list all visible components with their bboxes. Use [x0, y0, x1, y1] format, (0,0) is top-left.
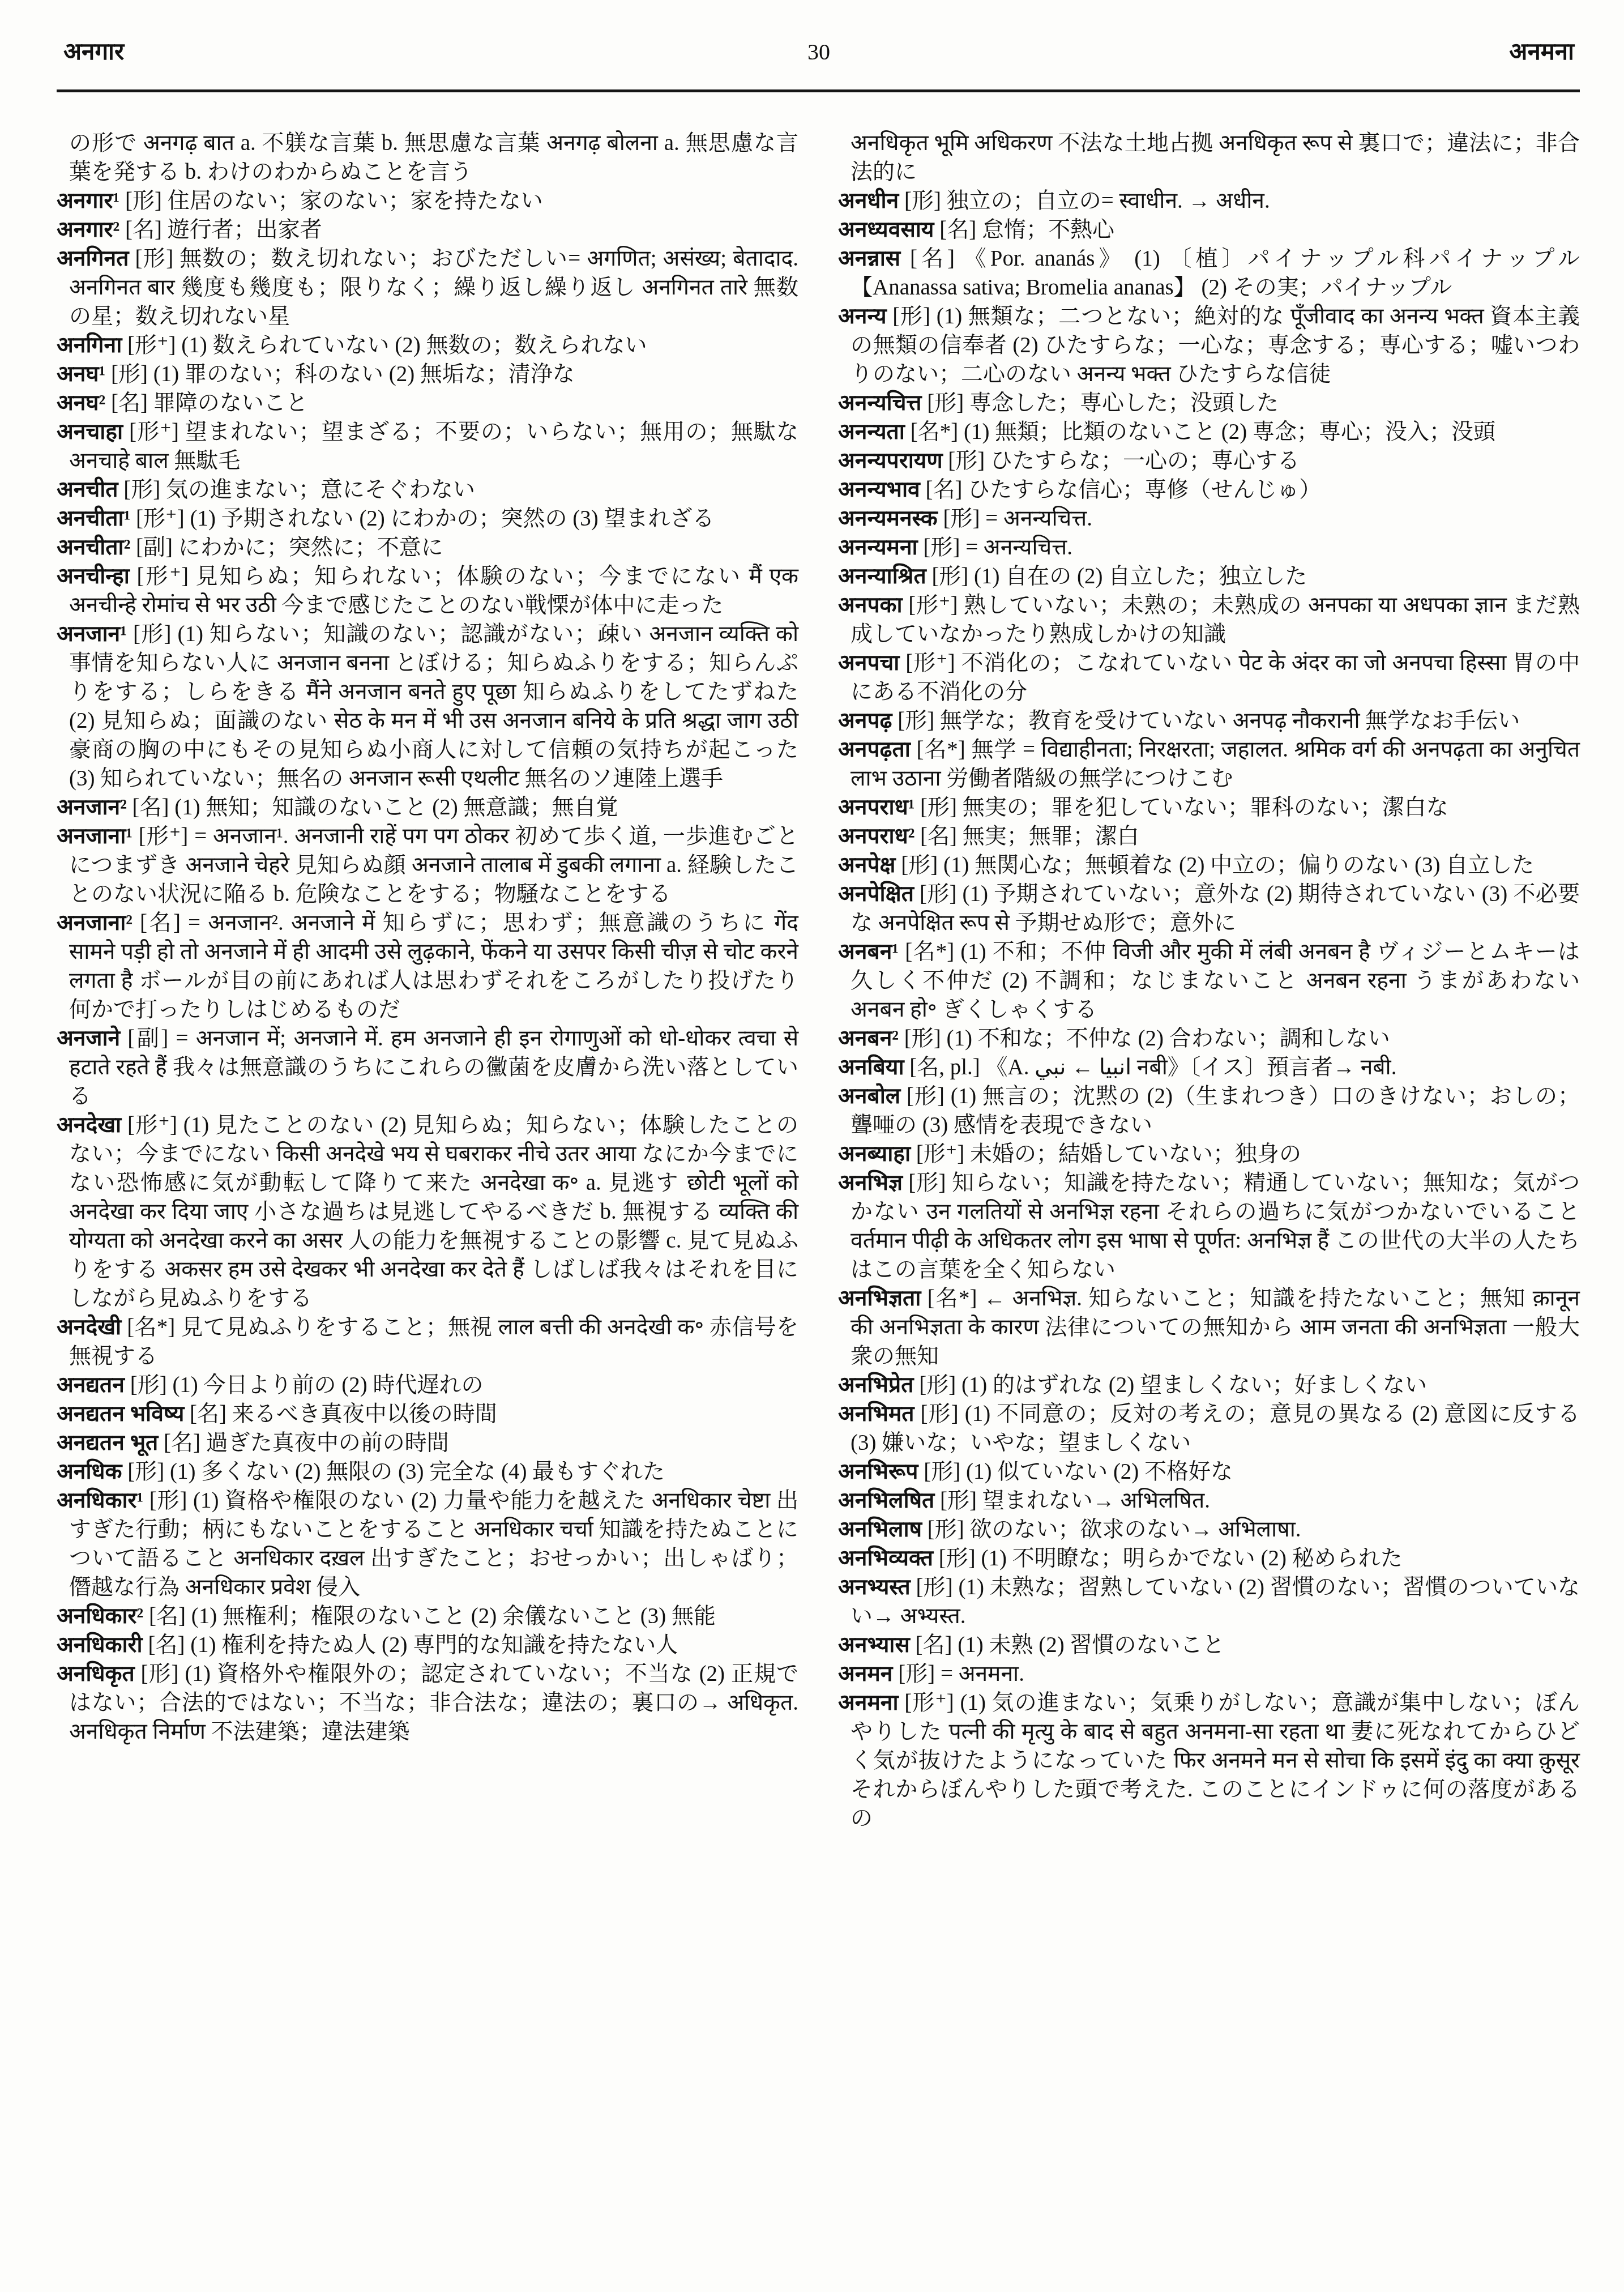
left-column: の形で अनगढ़ बात a. 不躾な言葉 b. 無思慮な言葉 अनगढ़ ब…: [57, 129, 798, 1833]
pos-label: [名*]: [127, 1315, 175, 1339]
definition-text: अनधिकृत भूमि अधिकरण 不法な土地占拠 अनधिकृत रूप …: [851, 131, 1580, 184]
dictionary-entry: अनन्यभाव [名] ひたすらな信心；専修（せんじゅ）: [838, 475, 1580, 504]
headword: अनधीन: [838, 189, 899, 213]
definition-text: (1) 権利を持たぬ人 (2) 専門的な知識を持たない人: [190, 1633, 678, 1657]
dictionary-entry: अनद्यतन [形] (1) 今日より前の (2) 時代遅れの: [57, 1371, 798, 1399]
pos-label: [形]: [901, 853, 938, 877]
pos-label: [名]: [190, 1402, 226, 1426]
headword: अनभिज्ञता: [838, 1286, 921, 1311]
pos-label: [形]: [904, 1026, 941, 1051]
headword: अनधिकार²: [57, 1604, 143, 1628]
headword: अनपराध²: [838, 824, 914, 848]
definition-text: 無学な；教育を受けていない अनपढ़ नौकरानी 無学なお手伝い: [940, 708, 1520, 733]
pos-label: [形]: [149, 1488, 187, 1513]
pos-label: [名*]: [905, 940, 954, 964]
pos-label: [形⁺]: [136, 506, 185, 531]
dictionary-entry: अनपका [形⁺] 熟していない；未熟の；未熟成の अनपका या अधपक…: [838, 591, 1580, 648]
headword: अनधिकारी: [57, 1633, 143, 1657]
dictionary-entry: अनपढ़ [形] 無学な；教育を受けていない अनपढ़ नौकरानी 無学…: [838, 706, 1580, 735]
headword: अनचीन्हा: [57, 564, 130, 588]
dictionary-entry: अनभिलाष [形] 欲のない；欲求のない→ अभिलाषा.: [838, 1515, 1580, 1544]
dictionary-entry: अनघ¹ [形] (1) 罪のない；科のない (2) 無垢な；清浄な: [57, 360, 798, 389]
dictionary-entry: अनभिज्ञ [形] 知らない；知識を持たない；精通していない；無知な；気がつ…: [838, 1168, 1580, 1284]
dictionary-entry: अनभिरूप [形] (1) 似ていない (2) 不格好な: [838, 1457, 1580, 1486]
pos-label: [形]: [916, 1575, 953, 1599]
definition-text: (1) 無類な；二つとない；絶対的な पूँजीवाद का अनन्य भक्…: [851, 304, 1580, 386]
pos-label: [副]: [127, 1026, 168, 1051]
headword: अनपचा: [838, 651, 899, 675]
headword: अनजाने: [57, 1026, 120, 1051]
guide-word-left: अनगार: [63, 35, 124, 69]
pos-label: [形]: [940, 1488, 977, 1513]
headword: अनबिया: [838, 1055, 904, 1079]
pos-label: [名]: [140, 911, 181, 935]
headword: अनबन²: [838, 1026, 899, 1051]
header-rule: [57, 89, 1580, 92]
pos-label: [形]: [923, 535, 960, 560]
definition-text: (1) 自在の (2) 自立した；独立した: [974, 564, 1307, 588]
definition-text: (1) 無類；比類のないこと (2) 専念；専心；没入；没頭: [964, 420, 1495, 444]
pos-label: [形]: [943, 506, 980, 531]
headword: अनन्यता: [838, 420, 905, 444]
headword: अनधिकृत: [57, 1662, 135, 1686]
continued-entry: の形で अनगढ़ बात a. 不躾な言葉 b. 無思慮な言葉 अनगढ़ ब…: [57, 129, 798, 186]
headword: अनभिज्ञ: [838, 1171, 903, 1195]
definition-text: 遊行者；出家者: [168, 217, 322, 242]
dictionary-entry: अनपराध¹ [形] 無実の；罪を犯していない；罪科のない；潔白な: [838, 793, 1580, 822]
pos-label: [形]: [898, 708, 934, 733]
headword: अनचीत: [57, 477, 118, 502]
dictionary-entry: अनभिमत [形] (1) 不同意の；反対の考えの；意見の異なる (2) 意図…: [838, 1399, 1580, 1457]
headword: अनबोल: [838, 1084, 900, 1108]
headword: अनभ्यस्त: [838, 1575, 911, 1599]
headword: अनपेक्षित: [838, 882, 914, 906]
headword: अनन्यमनस्क: [838, 506, 938, 531]
dictionary-entry: अनगार² [名] 遊行者；出家者: [57, 215, 798, 244]
headword: अनधिक: [57, 1459, 122, 1484]
headword: अनगिनत: [57, 246, 129, 271]
pos-label: [形]: [125, 189, 162, 213]
pos-label: [形⁺]: [136, 564, 188, 588]
pos-label: [形]: [123, 477, 160, 502]
pos-label: [形]: [924, 1459, 960, 1484]
dictionary-entry: अनदेखी [名*] 見て見ぬふりをすること；無視 लाल बत्ती की …: [57, 1313, 798, 1371]
headword: अनपका: [838, 593, 903, 617]
pos-label: [形⁺]: [129, 420, 179, 444]
pos-label: [名]: [926, 477, 963, 502]
dictionary-entry: अनजान² [名] (1) 無知；知識のないこと (2) 無意識；無自覚: [57, 793, 798, 822]
headword: अनद्यतन भूत: [57, 1431, 158, 1455]
page-number: 30: [807, 35, 830, 69]
definition-text: 過ぎた真夜中の前の時間: [206, 1431, 449, 1455]
definition-text: (1) 多くない (2) 無限の (3) 完全な (4) 最もすぐれた: [170, 1459, 665, 1484]
dictionary-entry: अनन्यमनस्क [形] = अनन्यचित्त.: [838, 504, 1580, 533]
dictionary-entry: अनध्यवसाय [名] 怠惰；不熱心: [838, 215, 1580, 244]
dictionary-entry: अनबन¹ [名*] (1) 不和；不仲 विजी और मुकी में लं…: [838, 937, 1580, 1024]
dictionary-entry: अनजान¹ [形] (1) 知らない；知識のない；認識がない；疎い अनजान…: [57, 620, 798, 793]
pos-label: [形]: [111, 362, 148, 386]
pos-label: [形]: [892, 304, 930, 328]
headword: अनपढ़: [838, 708, 892, 733]
definition-text: ひたすらな；一心の；専心する: [990, 449, 1300, 473]
headword: अनबन¹: [838, 940, 899, 964]
definition-text: 気の進まない；意にそぐわない: [166, 477, 475, 502]
headword: अनगिना: [57, 333, 122, 357]
pos-label: [形]: [127, 1459, 164, 1484]
pos-label: [形⁺]: [139, 824, 189, 848]
headword: अनपढ़ता: [838, 737, 911, 762]
headword: अनपेक्ष: [838, 853, 896, 877]
definition-text: 住居のない；家のない；家を持たない: [168, 189, 543, 213]
definition-text: (1) 見たことのない (2) 見知らぬ；知らない；体験したことのない；今までに…: [69, 1113, 798, 1311]
dictionary-entry: अनधिकार² [名] (1) 無権利；権限のないこと (2) 余儀ないこと …: [57, 1602, 798, 1631]
definition-text: 怠惰；不熱心: [982, 217, 1114, 242]
dictionary-entry: अनजाना² [名] = अनजान². अनजाने में 知らずに；思わ…: [57, 908, 798, 1024]
pos-label: [形⁺]: [904, 1691, 954, 1715]
pos-label: [形]: [927, 391, 964, 415]
pos-label: [名, pl.]: [909, 1055, 980, 1079]
dictionary-entry: अनबन² [形] (1) 不和な；不仲な (2) 合わない；調和しない: [838, 1024, 1580, 1053]
definition-text: (1) 無言の；沈黙の (2)（生まれつき）口のきけない；おしの；聾唖の (3)…: [851, 1084, 1580, 1137]
pos-label: [形]: [130, 1373, 167, 1397]
dictionary-entry: अनमन [形] = अनमना.: [838, 1659, 1580, 1688]
dictionary-entry: अनबिया [名, pl.] 《A. انبيا ← نبي नबी》〔イス〕…: [838, 1053, 1580, 1082]
dictionary-page: अनगार 30 अनमना の形で अनगढ़ बात a. 不躾な言葉 b.…: [0, 0, 1624, 2292]
dictionary-entry: अनगिनत [形] 無数の；数え切れない；おびただしい= अगणित; असं…: [57, 244, 798, 331]
dictionary-entry: अनधिकारी [名] (1) 権利を持たぬ人 (2) 専門的な知識を持たない…: [57, 1631, 798, 1659]
pos-label: [形]: [141, 1662, 179, 1686]
pos-label: [名]: [939, 217, 976, 242]
headword: अनन्य: [838, 304, 887, 328]
definition-text: (1) 未熟な；習熟していない (2) 習慣のない；習慣のついていない→ अभ्…: [851, 1575, 1580, 1628]
pos-label: [形]: [908, 1171, 946, 1195]
continued-entry: अनधिकृत भूमि अधिकरण 不法な土地占拠 अनधिकृत रूप …: [838, 129, 1580, 186]
headword: अनन्नास: [838, 246, 900, 271]
pos-label: [形]: [907, 1084, 945, 1108]
pos-label: [形⁺]: [905, 651, 955, 675]
headword: अनभिप्रेत: [838, 1373, 913, 1397]
definition-text: (1) 今日より前の (2) 時代遅れの: [172, 1373, 483, 1397]
pos-label: [形⁺]: [127, 333, 176, 357]
definition-text: 無数の；数え切れない；おびただしい= अगणित; असंख्य; बेतादा…: [69, 246, 798, 328]
definition-text: = अनमना.: [941, 1662, 1024, 1686]
definition-text: 無実の；罪を犯していない；罪科のない；潔白な: [963, 795, 1448, 820]
definition-text: にわかに；突然に；不意に: [178, 535, 443, 560]
headword: अनभिलषित: [838, 1488, 934, 1513]
pos-label: [形]: [920, 882, 957, 906]
headword: अनन्यमना: [838, 535, 918, 560]
definition-text: (1) 予期されない (2) にわかの；突然の (3) 望まれざる: [190, 506, 714, 531]
definition-text: (1) 似ていない (2) 不格好な: [966, 1459, 1233, 1484]
definition-text: (1) 無知；知識のないこと (2) 無意識；無自覚: [174, 795, 618, 820]
pos-label: [名]: [920, 824, 957, 848]
headword: अनब्याहा: [838, 1142, 911, 1166]
headword: अनघ¹: [57, 362, 105, 386]
dictionary-entry: अनमना [形⁺] (1) 気の進まない；気乗りがしない；意識が集中しない；ぼ…: [838, 1688, 1580, 1833]
definition-text: 専念した；専心した；没頭した: [969, 391, 1279, 415]
definition-text: 未婚の；結婚していない；独身の: [970, 1142, 1301, 1166]
dictionary-entry: अनचीत [形] 気の進まない；意にそぐわない: [57, 475, 798, 504]
pos-label: [形]: [919, 1373, 956, 1397]
dictionary-entry: अनभ्यस्त [形] (1) 未熟な；習熟していない (2) 習慣のない；習…: [838, 1573, 1580, 1631]
dictionary-entry: अनचीता¹ [形⁺] (1) 予期されない (2) にわかの；突然の (3)…: [57, 504, 798, 533]
headword: अनदेखा: [57, 1113, 121, 1137]
definition-text: (1) 未熟 (2) 習慣のないこと: [958, 1633, 1224, 1657]
pos-label: [名]: [111, 391, 148, 415]
guide-word-right: अनमना: [1509, 35, 1574, 69]
definition-text: の形で अनगढ़ बात a. 不躾な言葉 b. 無思慮な言葉 अनगढ़ ब…: [69, 131, 798, 184]
pos-label: [形]: [939, 1546, 976, 1570]
headword: अनन्याश्रित: [838, 564, 926, 588]
definition-text: 来るべき真夜中以後の時間: [232, 1402, 497, 1426]
definition-text: = अनजान में; अनजाने में. हम अनजाने ही इन…: [69, 1026, 798, 1108]
right-column: अनधिकृत भूमि अधिकरण 不法な土地占拠 अनधिकृत रूप …: [838, 129, 1580, 1833]
headword: अनध्यवसाय: [838, 217, 934, 242]
dictionary-entry: अनधीन [形] 独立の；自立の= स्वाधीन. → अधीन.: [838, 186, 1580, 215]
pos-label: [形⁺]: [916, 1142, 965, 1166]
definition-text: (1) 気の進まない；気乗りがしない；意識が集中しない；ぼんやりした पत्नी…: [851, 1691, 1580, 1830]
dictionary-entry: अनपेक्ष [形] (1) 無関心な；無頓着な (2) 中立の；偏りのない …: [838, 851, 1580, 880]
definition-text: 望まれない→ अभिलषित.: [982, 1488, 1210, 1513]
dictionary-entry: अनभिव्यक्त [形] (1) 不明瞭な；明らかでない (2) 秘められた: [838, 1544, 1580, 1573]
pos-label: [名*]: [928, 1286, 977, 1311]
definition-text: (1) 知らない；知識のない；認識がない；疎い अनजान व्यक्ति को…: [69, 622, 798, 791]
pos-label: [名]: [133, 795, 169, 820]
dictionary-entry: अनपचा [形⁺] 不消化の；こなれていない पेट के अंदर का ज…: [838, 648, 1580, 706]
dictionary-entry: अनभिज्ञता [名*] ← अनभिज्ञ. 知らないこと；知識を持たない…: [838, 1284, 1580, 1371]
definition-text: 見て見ぬふりをすること；無視 लाल बत्ती की अनदेखी क॰ 赤信…: [69, 1315, 798, 1368]
dictionary-entry: अनब्याहा [形⁺] 未婚の；結婚していない；独身の: [838, 1139, 1580, 1168]
dictionary-entry: अनन्याश्रित [形] (1) 自在の (2) 自立した；独立した: [838, 562, 1580, 591]
headword: अनमना: [838, 1691, 899, 1715]
definition-text: = अनन्यचित्त.: [985, 506, 1092, 531]
dictionary-entry: अनपेक्षित [形] (1) 予期されていない；意外な (2) 期待されて…: [838, 880, 1580, 937]
pos-label: [名]: [916, 1633, 952, 1657]
dictionary-entry: अनन्यपरायण [形] ひたすらな；一心の；専心する: [838, 446, 1580, 475]
pos-label: [名]: [910, 246, 955, 271]
pos-label: [形]: [920, 795, 957, 820]
headword: अनद्यतन भविष्य: [57, 1402, 184, 1426]
definition-text: (1) 不明瞭な；明らかでない (2) 秘められた: [981, 1546, 1403, 1570]
headword: अनन्यचित्त: [838, 391, 921, 415]
dictionary-entry: अनगिना [形⁺] (1) 数えられていない (2) 無数の；数えられない: [57, 331, 798, 360]
pos-label: [名*]: [917, 737, 965, 762]
dictionary-entry: अनद्यतन भविष्य [名] 来るべき真夜中以後の時間: [57, 1399, 798, 1428]
dictionary-entry: अनजाना¹ [形⁺] = अनजान¹. अनजानी राहें पग प…: [57, 822, 798, 908]
pos-label: [副]: [136, 535, 173, 560]
headword: अनभ्यास: [838, 1633, 910, 1657]
definition-text: 望まれない；望まざる；不要の；いらない；無用の；無駄な अनचाहे बाल 無…: [69, 420, 798, 473]
definition-text: 《A. انبيا ← نبي नबी》〔イス〕預言者→ नबी.: [986, 1055, 1397, 1079]
definition-text: 知らない；知識を持たない；精通していない；無知な；気がつかない उन गलतिय…: [851, 1171, 1580, 1282]
dictionary-entry: अनधिक [形] (1) 多くない (2) 無限の (3) 完全な (4) 最…: [57, 1457, 798, 1486]
headword: अनभिमत: [838, 1402, 914, 1426]
definition-text: (1) 資格外や権限外の；認定されていない；不当な (2) 正規ではない；合法的…: [69, 1662, 798, 1744]
definition-text: (1) 無関心な；無頓着な (2) 中立の；偏りのない (3) 自立した: [943, 853, 1534, 877]
headword: अनद्यतन: [57, 1373, 125, 1397]
dictionary-entry: अनन्नास [名] 《Por. ananás》 (1) 〔植〕パイナップル科…: [838, 244, 1580, 302]
headword: अनचाहा: [57, 420, 123, 444]
dictionary-entry: अनन्यचित्त [形] 専念した；専心した；没頭した: [838, 389, 1580, 417]
definition-text: (1) 数えられていない (2) 無数の；数えられない: [181, 333, 647, 357]
headword: अनजाना²: [57, 911, 133, 935]
pos-label: [形]: [931, 564, 968, 588]
dictionary-entry: अनदेखा [形⁺] (1) 見たことのない (2) 見知らぬ；知らない；体験…: [57, 1111, 798, 1313]
headword: अनभिव्यक्त: [838, 1546, 933, 1570]
definition-text: = अनन्यचित्त.: [965, 535, 1072, 560]
pos-label: [形]: [135, 246, 173, 271]
headword: अनजाना¹: [57, 824, 133, 848]
headword: अनमन: [838, 1662, 892, 1686]
pos-label: [名*]: [911, 420, 958, 444]
definition-text: (1) 無権利；権限のないこと (2) 余儀ないこと (3) 無能: [191, 1604, 716, 1628]
pos-label: [形]: [904, 189, 941, 213]
dictionary-entry: अनद्यतन भूत [名] 過ぎた真夜中の前の時間: [57, 1428, 798, 1457]
headword: अनपराध¹: [838, 795, 914, 820]
headword: अनगार¹: [57, 189, 119, 213]
dictionary-entry: अनपढ़ता [名*] 無学 = विद्याहीनता; निरक्षरता…: [838, 735, 1580, 793]
dictionary-entry: अनभिप्रेत [形] (1) 的はずれな (2) 望ましくない；好ましくな…: [838, 1371, 1580, 1399]
definition-text: (1) 予期されていない；意外な (2) 期待されていない (3) 不必要な अ…: [851, 882, 1580, 935]
headword: अनजान²: [57, 795, 127, 820]
definition-text: 無実；無罪；潔白: [963, 824, 1139, 848]
pos-label: [名]: [149, 1604, 186, 1628]
dictionary-entry: अनजाने [副] = अनजान में; अनजाने में. हम अ…: [57, 1024, 798, 1111]
dictionary-entry: अनभ्यास [名] (1) 未熟 (2) 習慣のないこと: [838, 1631, 1580, 1659]
definition-text: 罪障のないこと: [153, 391, 308, 415]
pos-label: [名]: [164, 1431, 200, 1455]
definition-text: (1) 不和な；不仲な (2) 合わない；調和しない: [947, 1026, 1390, 1051]
definition-text: 熟していない；未熟の；未熟成の अनपका या अधपका ज्ञान まだ熟…: [851, 593, 1580, 646]
dictionary-entry: अनगार¹ [形] 住居のない；家のない；家を持たない: [57, 186, 798, 215]
headword: अनचीता²: [57, 535, 130, 560]
definition-text: 独立の；自立の= स्वाधीन. → अधीन.: [947, 189, 1270, 213]
dictionary-entry: अनधिकृत [形] (1) 資格外や権限外の；認定されていない；不当な (2…: [57, 1659, 798, 1746]
definition-text: ひたすらな信心；専修（せんじゅ）: [968, 477, 1321, 502]
pos-label: [名]: [125, 217, 162, 242]
page-header: अनगार 30 अनमना: [63, 35, 1574, 69]
definition-text: (1) 的はずれな (2) 望ましくない；好ましくない: [961, 1373, 1427, 1397]
headword: अनन्यभाव: [838, 477, 920, 502]
dictionary-entry: अनन्यता [名*] (1) 無類；比類のないこと (2) 専念；専心；没入…: [838, 417, 1580, 446]
pos-label: [形⁺]: [127, 1113, 177, 1137]
headword: अनभिरूप: [838, 1459, 918, 1484]
headword: अनभिलाष: [838, 1517, 922, 1542]
dictionary-entry: अनचाहा [形⁺] 望まれない；望まざる；不要の；いらない；無用の；無駄な …: [57, 417, 798, 475]
dictionary-entry: अनचीता² [副] にわかに；突然に；不意に: [57, 533, 798, 562]
dictionary-entry: अनधिकार¹ [形] (1) 資格や権限のない (2) 力量や能力を越えた …: [57, 1486, 798, 1602]
dictionary-entry: अनन्य [形] (1) 無類な；二つとない；絶対的な पूँजीवाद का…: [838, 302, 1580, 389]
headword: अनचीता¹: [57, 506, 130, 531]
pos-label: [形]: [948, 449, 985, 473]
headword: अनदेखी: [57, 1315, 121, 1339]
pos-label: [形⁺]: [908, 593, 958, 617]
dictionary-entry: अनन्यमना [形] = अनन्यचित्त.: [838, 533, 1580, 562]
dictionary-entry: अनचीन्हा [形⁺] 見知らぬ；知られない；体験のない；今までにない मै…: [57, 562, 798, 620]
dictionary-entry: अनबोल [形] (1) 無言の；沈黙の (2)（生まれつき）口のきけない；お…: [838, 1082, 1580, 1139]
pos-label: [形]: [133, 622, 172, 646]
dictionary-entry: अनपराध² [名] 無実；無罪；潔白: [838, 822, 1580, 851]
definition-text: (1) 不同意の；反対の考えの；意見の異なる (2) 意図に反する (3) 嫌い…: [851, 1402, 1580, 1455]
headword: अनन्यपरायण: [838, 449, 943, 473]
definition-text: 不消化の；こなれていない पेट के अंदर का जो अनपचा हिस…: [851, 651, 1580, 704]
definition-text: (1) 罪のない；科のない (2) 無垢な；清浄な: [153, 362, 575, 386]
definition-text: (1) 不和；不仲 विजी और मुकी में लंबी अनबन है …: [851, 940, 1580, 1022]
pos-label: [形]: [928, 1517, 964, 1542]
headword: अनघ²: [57, 391, 105, 415]
pos-label: [形]: [920, 1402, 958, 1426]
headword: अनजान¹: [57, 622, 127, 646]
dictionary-entry: अनघ² [名] 罪障のないこと: [57, 389, 798, 417]
pos-label: [形]: [898, 1662, 935, 1686]
definition-text: 《Por. ananás》 (1) 〔植〕パイナップル科パイナップル【Anana…: [851, 246, 1580, 300]
headword: अनधिकार¹: [57, 1488, 143, 1513]
pos-label: [名]: [148, 1633, 185, 1657]
headword: अनगार²: [57, 217, 119, 242]
dictionary-entry: अनभिलषित [形] 望まれない→ अभिलषित.: [838, 1486, 1580, 1515]
text-columns: の形で अनगढ़ बात a. 不躾な言葉 b. 無思慮な言葉 अनगढ़ ब…: [57, 129, 1580, 1833]
definition-text: 欲のない；欲求のない→ अभिलाषा.: [970, 1517, 1301, 1542]
